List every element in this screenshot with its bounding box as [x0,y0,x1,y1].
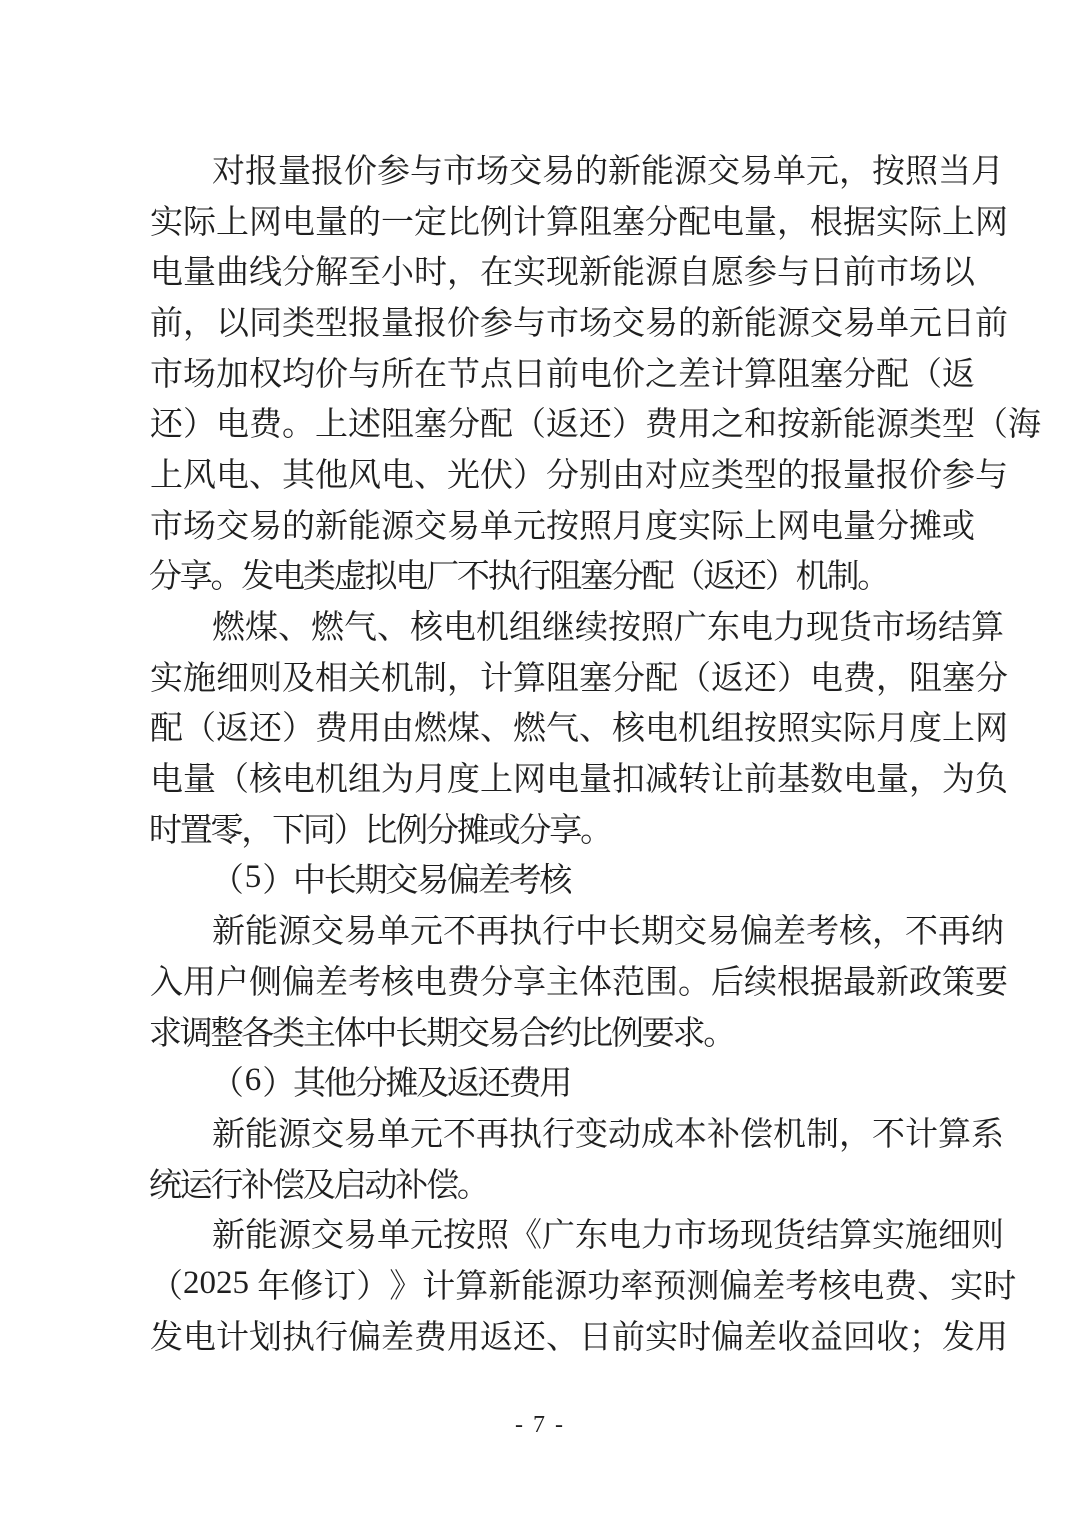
text-line: 燃煤、燃气、核电机组继续按照广东电力现货市场结算 [150,599,920,650]
text-line: 求调整各类主体中长期交易合约比例要求。 [150,1005,920,1056]
paragraph: （5）中长期交易偏差考核 [150,853,920,904]
text-line: 电量（核电机组为月度上网电量扣减转让前基数电量，为负 [150,751,920,802]
text-line: 实施细则及相关机制，计算阻塞分配（返还）电费，阻塞分 [150,650,920,701]
page-footer: - 7 - [0,1412,1080,1439]
text-line: （6）其他分摊及返还费用 [150,1055,920,1106]
text-line: 电量曲线分解至小时，在实现新能源自愿参与日前市场以 [150,244,920,295]
text-line: 前，以同类型报量报价参与市场交易的新能源交易单元日前 [150,295,920,346]
paragraph: 对报量报价参与市场交易的新能源交易单元，按照当月实际上网电量的一定比例计算阻塞分… [150,143,920,599]
paragraph: （6）其他分摊及返还费用 [150,1055,920,1106]
text-line: 对报量报价参与市场交易的新能源交易单元，按照当月 [150,143,920,194]
text-line: 新能源交易单元按照《广东电力市场现货结算实施细则 [150,1207,920,1258]
document-body: 对报量报价参与市场交易的新能源交易单元，按照当月实际上网电量的一定比例计算阻塞分… [150,143,920,1360]
text-line: 分享。发电类虚拟电厂不执行阻塞分配（返还）机制。 [150,549,920,600]
text-line: 发电计划执行偏差费用返还、日前实时偏差收益回收；发用 [150,1309,920,1360]
text-line: 上风电、其他风电、光伏）分别由对应类型的报量报价参与 [150,447,920,498]
paragraph: 新能源交易单元不再执行变动成本补偿机制，不计算系统运行补偿及启动补偿。 [150,1106,920,1207]
text-line: （2025 年修订）》计算新能源功率预测偏差考核电费、实时 [150,1258,920,1309]
text-line: 入用户侧偏差考核电费分享主体范围。后续根据最新政策要 [150,954,920,1005]
text-line: 统运行补偿及启动补偿。 [150,1157,920,1208]
text-line: 时置零，下同）比例分摊或分享。 [150,802,920,853]
text-line: 新能源交易单元不再执行变动成本补偿机制，不计算系 [150,1106,920,1157]
page-number: - 7 - [515,1412,565,1438]
text-line: 市场交易的新能源交易单元按照月度实际上网电量分摊或 [150,498,920,549]
paragraph: 燃煤、燃气、核电机组继续按照广东电力现货市场结算实施细则及相关机制，计算阻塞分配… [150,599,920,852]
paragraph: 新能源交易单元不再执行中长期交易偏差考核，不再纳入用户侧偏差考核电费分享主体范围… [150,903,920,1055]
text-line: 实际上网电量的一定比例计算阻塞分配电量，根据实际上网 [150,194,920,245]
text-line: 配（返还）费用由燃煤、燃气、核电机组按照实际月度上网 [150,701,920,752]
paragraph: 新能源交易单元按照《广东电力市场现货结算实施细则（2025 年修订）》计算新能源… [150,1207,920,1359]
text-line: 市场加权均价与所在节点日前电价之差计算阻塞分配（返 [150,346,920,397]
text-line: 新能源交易单元不再执行中长期交易偏差考核，不再纳 [150,903,920,954]
text-line: 还）电费。上述阻塞分配（返还）费用之和按新能源类型（海 [150,396,920,447]
document-page: 对报量报价参与市场交易的新能源交易单元，按照当月实际上网电量的一定比例计算阻塞分… [0,0,1080,1527]
text-line: （5）中长期交易偏差考核 [150,853,920,904]
